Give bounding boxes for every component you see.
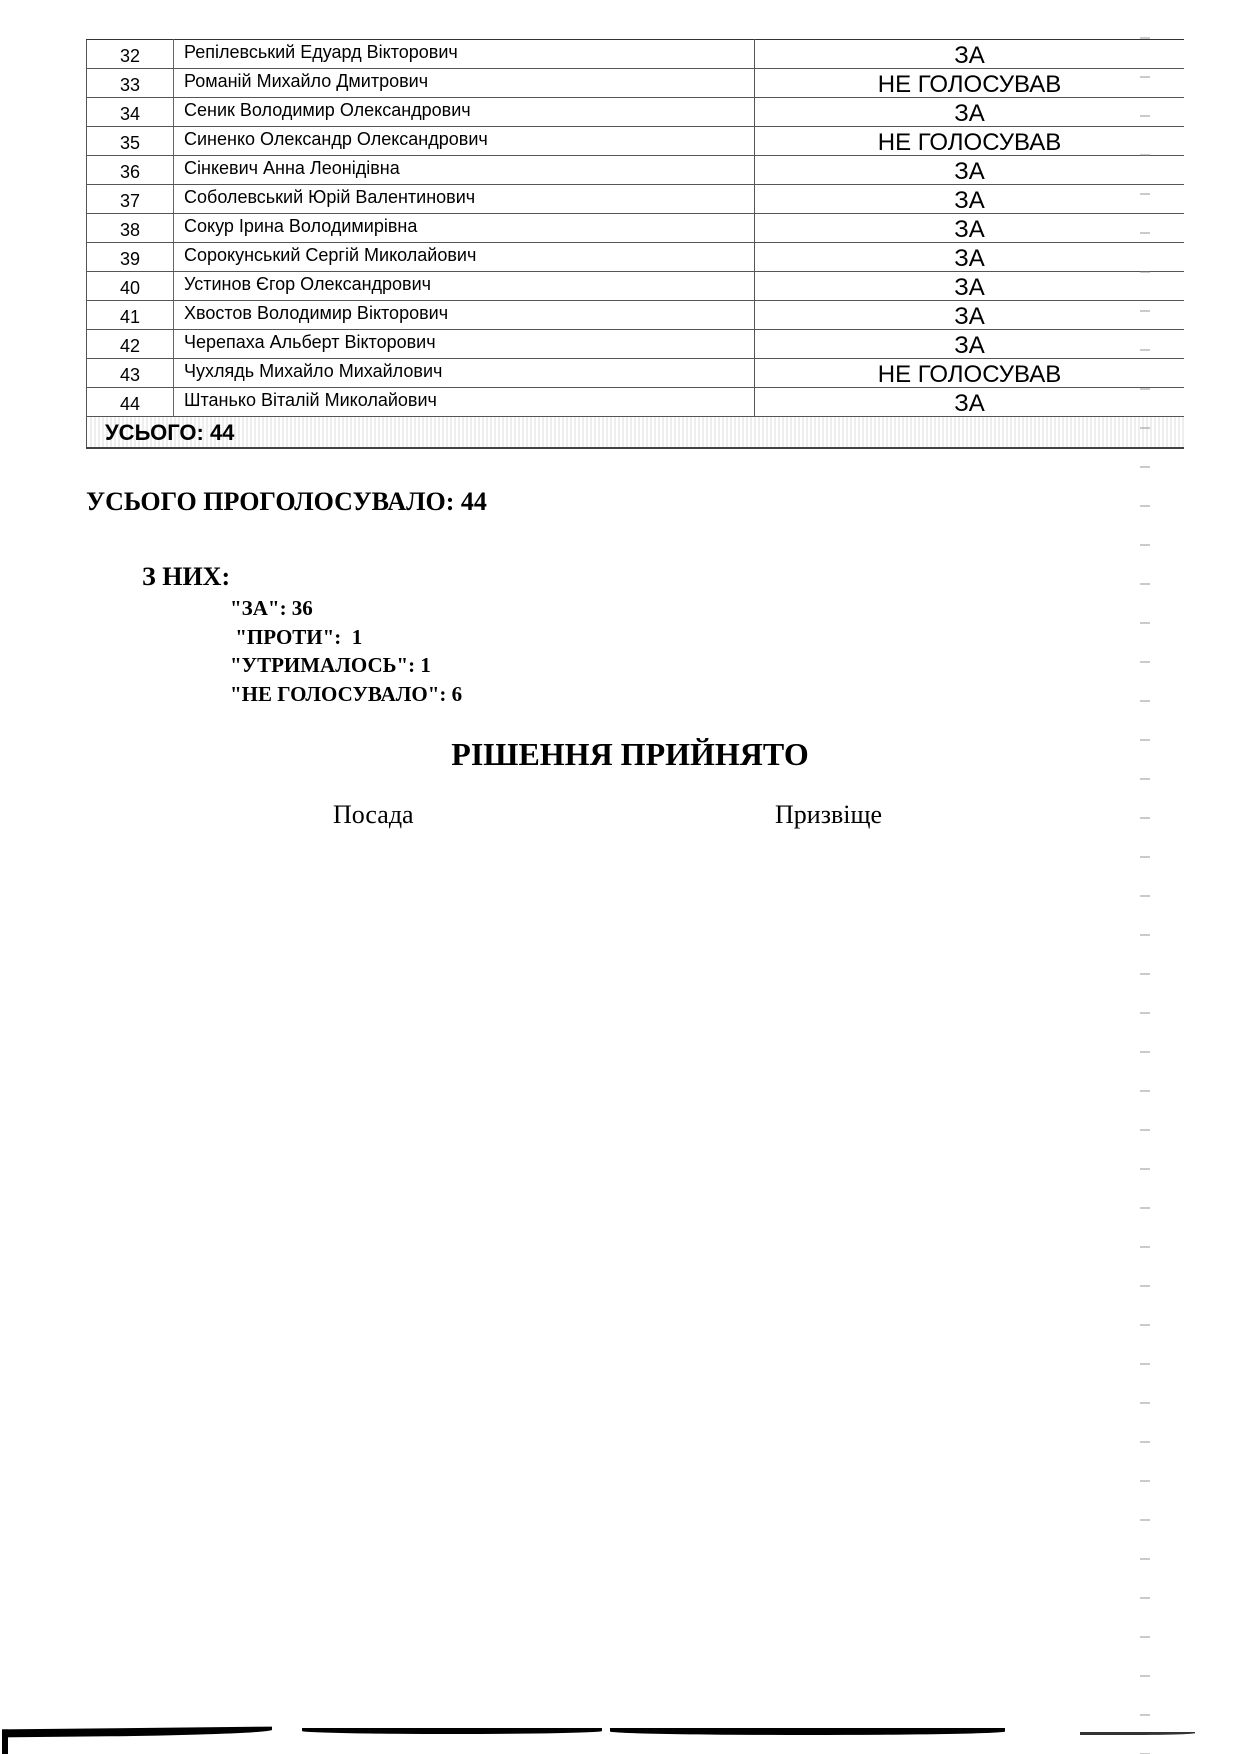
row-number: 37 [87,185,174,214]
row-number: 42 [87,330,174,359]
vote-result: ЗА [755,243,1185,272]
table-row: 40Устинов Єгор ОлександровичЗА [87,272,1185,301]
table-row: 33Романій Михайло ДмитровичНЕ ГОЛОСУВАВ [87,69,1185,98]
deputy-name: Устинов Єгор Олександрович [174,272,755,301]
deputy-name: Штанько Віталій Миколайович [174,388,755,417]
table-row: 32Репілевський Едуард ВікторовичЗА [87,40,1185,69]
row-number: 43 [87,359,174,388]
decision-heading: РІШЕННЯ ПРИЙНЯТО [0,736,1240,773]
signature-position-label: Посада [333,800,414,830]
table-row: 36Сінкевич Анна ЛеонідівнаЗА [87,156,1185,185]
table-row: 34Сеник Володимир ОлександровичЗА [87,98,1185,127]
table-row: 35Синенко Олександр ОлександровичНЕ ГОЛО… [87,127,1185,156]
signature-surname-label: Призвіще [775,800,882,830]
page-bottom-edge [302,1728,602,1734]
vote-result: ЗА [755,272,1185,301]
deputy-name: Сінкевич Анна Леонідівна [174,156,755,185]
breakdown-abstained: "УТРИМАЛОСЬ": 1 [230,651,462,680]
vote-result: ЗА [755,388,1185,417]
deputy-name: Романій Михайло Дмитрович [174,69,755,98]
table-row: 44Штанько Віталій МиколайовичЗА [87,388,1185,417]
deputy-name: Сокур Ірина Володимирівна [174,214,755,243]
row-number: 39 [87,243,174,272]
of-them-heading: З НИХ: [142,562,230,592]
vote-result: ЗА [755,301,1185,330]
deputy-name: Хвостов Володимир Вікторович [174,301,755,330]
page-bottom-edge [610,1728,1005,1735]
deputy-name: Репілевський Едуард Вікторович [174,40,755,69]
deputy-name: Черепаха Альберт Вікторович [174,330,755,359]
breakdown-not-voted: "НЕ ГОЛОСУВАЛО": 6 [230,680,462,709]
table-row: 42Черепаха Альберт ВікторовичЗА [87,330,1185,359]
row-number: 32 [87,40,174,69]
vote-result: НЕ ГОЛОСУВАВ [755,69,1185,98]
table-total-row: УСЬОГО: 44 [87,417,1185,449]
table-row: 38Сокур Ірина ВолодимирівнаЗА [87,214,1185,243]
total-voted-heading: УСЬОГО ПРОГОЛОСУВАЛО: 44 [86,487,487,517]
table-row: 37Соболевський Юрій ВалентиновичЗА [87,185,1185,214]
page-bottom-edge [2,1727,272,1738]
vote-result: ЗА [755,156,1185,185]
deputy-name: Сорокунський Сергій Миколайович [174,243,755,272]
deputy-name: Синенко Олександр Олександрович [174,127,755,156]
row-number: 33 [87,69,174,98]
vote-result: НЕ ГОЛОСУВАВ [755,359,1185,388]
page-bottom-edge [1080,1732,1195,1735]
table-total-label: УСЬОГО: 44 [87,417,1185,449]
row-number: 40 [87,272,174,301]
vote-result: ЗА [755,214,1185,243]
row-number: 35 [87,127,174,156]
row-number: 38 [87,214,174,243]
vote-breakdown: "ЗА": 36 "ПРОТИ": 1 "УТРИМАЛОСЬ": 1 "НЕ … [230,594,462,708]
deputy-name: Сеник Володимир Олександрович [174,98,755,127]
deputy-name: Соболевський Юрій Валентинович [174,185,755,214]
scan-noise-margin [1140,0,1150,1754]
breakdown-for: "ЗА": 36 [230,594,462,623]
table-row: 43Чухлядь Михайло МихайловичНЕ ГОЛОСУВАВ [87,359,1185,388]
breakdown-against: "ПРОТИ": 1 [230,623,462,652]
voting-results-table: 32Репілевський Едуард ВікторовичЗА33Рома… [86,39,1184,449]
vote-result: ЗА [755,98,1185,127]
voting-results-body: 32Репілевський Едуард ВікторовичЗА33Рома… [87,40,1185,417]
vote-result: ЗА [755,330,1185,359]
row-number: 44 [87,388,174,417]
table-row: 39Сорокунський Сергій МиколайовичЗА [87,243,1185,272]
table-row: 41Хвостов Володимир ВікторовичЗА [87,301,1185,330]
deputy-name: Чухлядь Михайло Михайлович [174,359,755,388]
row-number: 41 [87,301,174,330]
vote-result: ЗА [755,40,1185,69]
vote-result: ЗА [755,185,1185,214]
row-number: 36 [87,156,174,185]
vote-result: НЕ ГОЛОСУВАВ [755,127,1185,156]
row-number: 34 [87,98,174,127]
